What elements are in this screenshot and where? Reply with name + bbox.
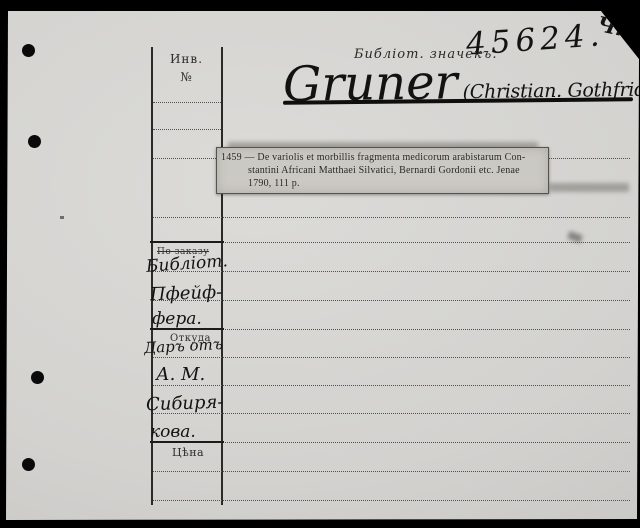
ruled-line [153, 242, 630, 243]
column-right-rule [221, 47, 223, 505]
ruled-line [153, 357, 630, 358]
paper-speck [60, 216, 64, 219]
ruled-line [153, 442, 630, 443]
ruled-line [153, 471, 630, 472]
ruled-line [153, 300, 630, 301]
ruled-line [153, 385, 630, 386]
punch-hole [22, 44, 35, 57]
entry-separator: — [245, 152, 255, 163]
origin-line: Даръ отъ [144, 335, 224, 357]
origin-line: кова. [150, 422, 196, 442]
punch-hole [31, 371, 44, 384]
price-field-label: Цѣна [172, 446, 204, 459]
inventory-label: Инв. [151, 52, 222, 66]
origin-line: А. М. [156, 364, 205, 385]
slip-line-3: 1790, 111 p. [221, 177, 544, 190]
catalog-card: Инв. № Библіот. значекъ. 45624. Чт Grune… [0, 0, 640, 528]
punch-hole [28, 135, 41, 148]
section-divider [150, 241, 224, 243]
ruled-line [153, 217, 630, 218]
inventory-number-sign: № [151, 70, 222, 84]
provenance-line: фера. [152, 309, 202, 329]
punch-hole [22, 458, 35, 471]
origin-line: Сибиря- [146, 392, 224, 416]
ruled-line [153, 129, 221, 130]
scan-backdrop: Инв. № Библіот. значекъ. 45624. Чт Grune… [0, 0, 640, 528]
slip-line-2: stantini Africani Matthaei Silvatici, Be… [221, 164, 544, 177]
ruled-line [153, 500, 630, 501]
ruled-line [153, 413, 630, 414]
ruled-line [153, 102, 221, 103]
provenance-line: Библіот. [145, 251, 228, 277]
entry-text-1: De variolis et morbillis fragmenta medic… [257, 152, 525, 163]
pasted-entry-slip: 1459 — De variolis et morbillis fragment… [216, 147, 549, 194]
ruled-line [153, 329, 630, 330]
entry-number: 1459 [221, 152, 242, 163]
provenance-line: Пфейф- [150, 282, 223, 306]
ink-smudge [549, 183, 629, 192]
slip-line-1: 1459 — De variolis et morbillis fragment… [221, 151, 544, 164]
